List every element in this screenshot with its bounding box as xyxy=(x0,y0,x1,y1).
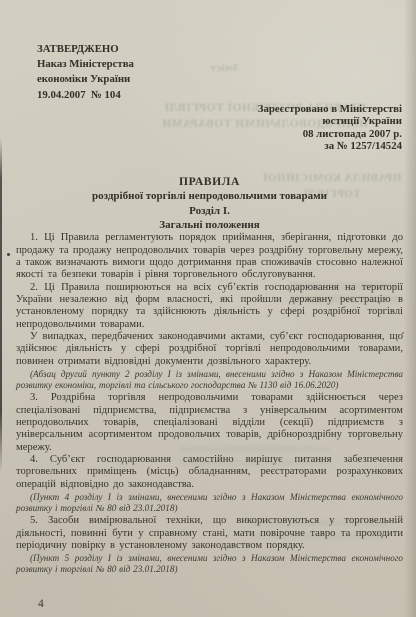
scan-edge-shadow xyxy=(0,138,2,473)
amendment-note: (Пункт 4 розділу I із змінами, внесеними… xyxy=(16,492,403,513)
body-paragraph: 2. Ці Правила поширюються на всіх суб’єк… xyxy=(16,282,403,331)
approval-line: 19.04.2007 № 104 xyxy=(37,88,134,103)
registration-line: за № 1257/14524 xyxy=(258,140,402,152)
registration-line: Зареєстровано в Міністерстві xyxy=(258,103,402,115)
registration-line: юстиції України xyxy=(258,115,402,127)
ink-speck xyxy=(7,253,10,256)
section-title: Загальні положення xyxy=(16,218,403,232)
bleedthrough-toc-heading: Зміст xyxy=(210,62,239,74)
bleedthrough-text-line: Зміст xyxy=(210,62,239,74)
amendment-note: (Пункт 5 розділу I із змінами, внесеними… xyxy=(16,553,403,574)
paragraphs-container: 1. Ці Правила регламентують порядок прий… xyxy=(16,232,403,574)
body-paragraph: 3. Роздрібна торгівля непродовольчими то… xyxy=(16,392,403,454)
approval-line: Наказ Міністерства xyxy=(37,57,134,72)
approval-line: економіки України xyxy=(37,72,134,87)
page-number: 4 xyxy=(38,598,44,610)
document-title: ПРАВИЛА xyxy=(16,175,403,189)
body-paragraph: У випадках, передбачених законодавчими а… xyxy=(16,331,403,368)
document-subtitle: роздрібної торгівлі непродовольчими това… xyxy=(16,189,403,204)
amendment-note: (Абзац другий пункту 2 розділу I із змін… xyxy=(16,369,403,390)
section-heading: Розділ I. xyxy=(16,204,403,219)
registration-line: 08 листопада 2007 р. xyxy=(258,128,402,140)
body-paragraph: 4. Суб’єкт господарювання самостійно вир… xyxy=(16,454,403,491)
scanned-document-page: Зміст ПРАВИЛА РОЗДРІБНОЇ ТОРГІВЛІНЕПРОДО… xyxy=(0,0,416,617)
body-paragraph: 5. Засоби вимірювальної техніки, що вико… xyxy=(16,515,403,552)
document-body: ПРАВИЛА роздрібної торгівлі непродовольч… xyxy=(16,175,403,577)
approval-block: ЗАТВЕРДЖЕНОНаказ Міністерстваекономіки У… xyxy=(37,42,134,103)
approval-line: ЗАТВЕРДЖЕНО xyxy=(37,42,134,57)
page-curve-shadow xyxy=(404,0,416,617)
body-paragraph: 1. Ці Правила регламентують порядок прий… xyxy=(16,232,403,281)
registration-block: Зареєстровано в Міністерствіюстиції Укра… xyxy=(258,103,402,153)
